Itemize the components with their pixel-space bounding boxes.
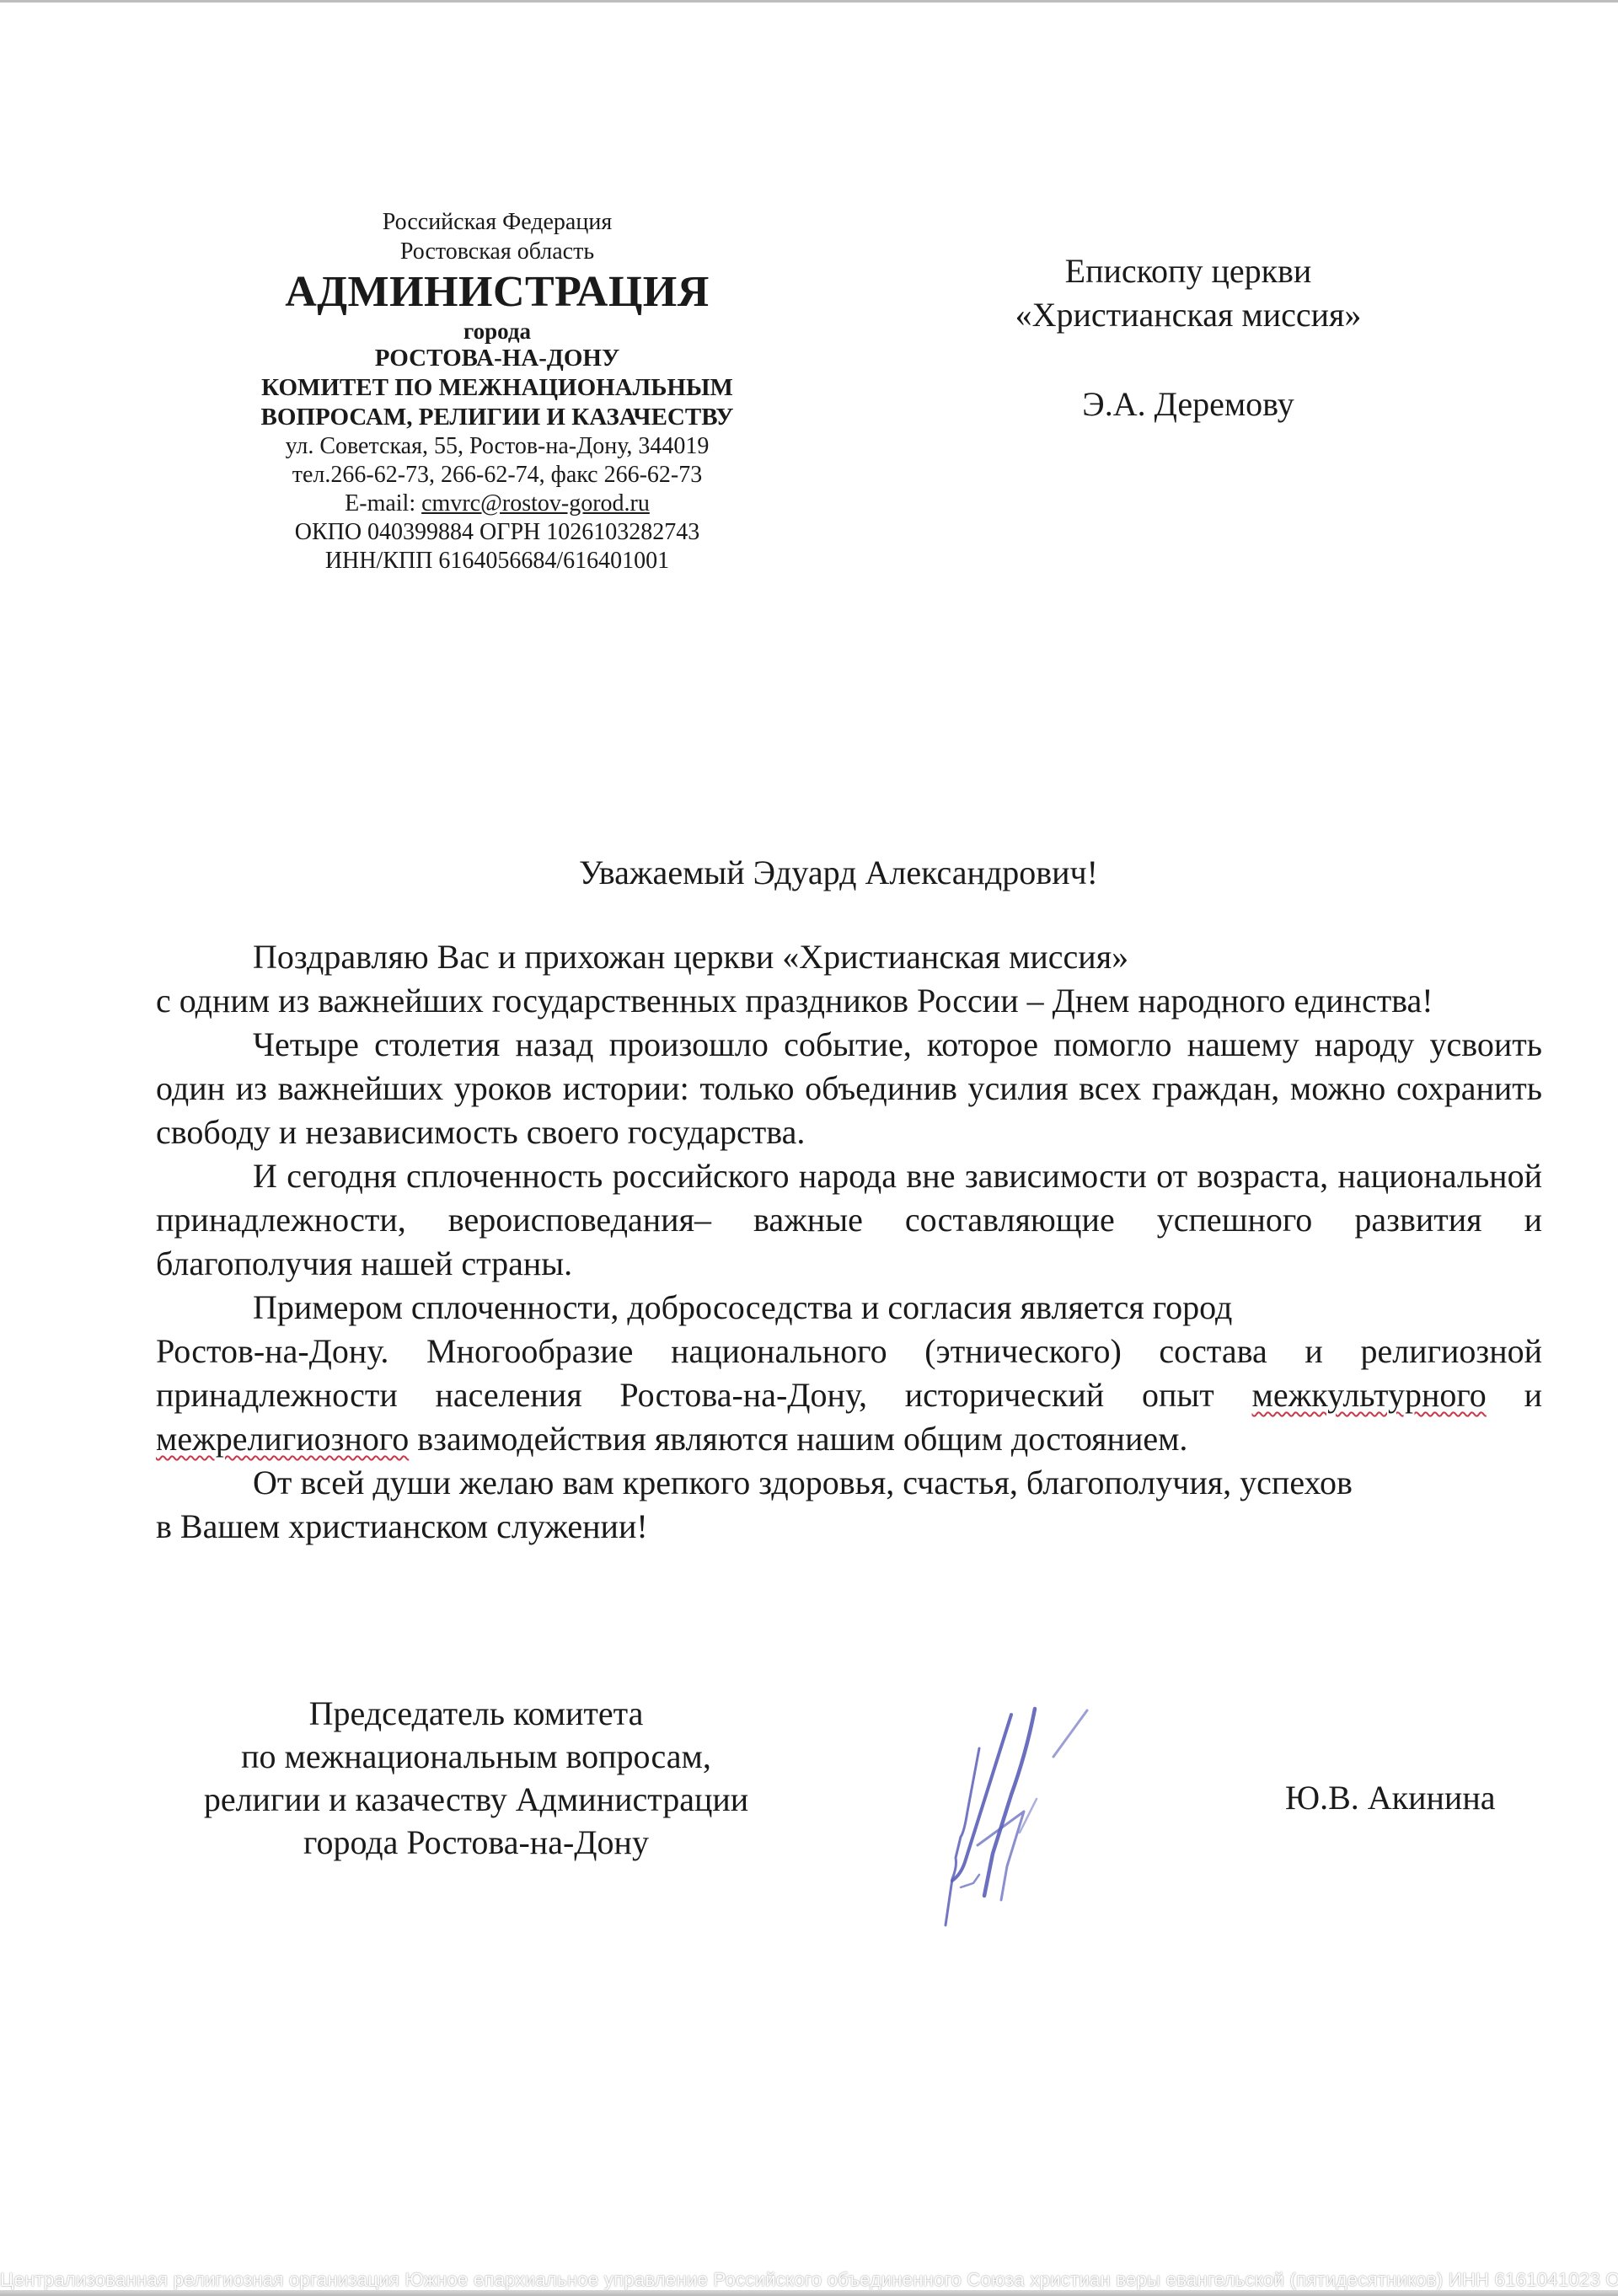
position-line3: религии и казачеству Администрации [152,1778,801,1821]
letterhead-city-word: города [236,318,758,344]
paragraph-4-rest: Ростов-на-Дону. Многообразие национально… [156,1330,1542,1461]
position-line4: города Ростова-на-Дону [152,1821,801,1864]
letterhead: Российская Федерация Ростовская область … [236,207,758,575]
paragraph-3: И сегодня сплоченность российского народ… [156,1154,1542,1286]
paragraph-4-text-b: и [1487,1376,1542,1414]
spellcheck-word-2: межрелигиозного [156,1420,409,1458]
salutation: Уважаемый Эдуард Александрович! [0,853,1618,892]
position-line1: Председатель комитета [152,1692,801,1735]
spellcheck-word-1: межкультурного [1252,1376,1487,1414]
paragraph-1-rest: с одним из важнейших государственных пра… [156,979,1542,1023]
paragraph-2: Четыре столетия назад произошло событие,… [156,1023,1542,1154]
paragraph-5-second-line: в Вашем христианском служении! [156,1505,1542,1549]
letterhead-email-row: E-mail: cmvrc@rostov-gorod.ru [236,490,758,518]
letterhead-title: АДМИНИСТРАЦИЯ [236,266,758,318]
letterhead-inn-kpp: ИНН/КПП 6164056684/616401001 [236,547,758,575]
email-link[interactable]: cmvrc@rostov-gorod.ru [421,490,650,516]
letterhead-okpo-ogrn: ОКПО 040399884 ОГРН 1026103282743 [236,518,758,547]
paragraph-4-text-c: взаимодействия являются нашим общим дост… [409,1420,1187,1458]
paragraph-5-first-line: От всей души желаю вам крепкого здоровья… [156,1461,1542,1505]
paragraph-1-first-line: Поздравляю Вас и прихожан церкви «Христи… [156,935,1542,979]
recipient-line1: Епископу церкви [952,249,1424,293]
letter-body: Поздравляю Вас и прихожан церкви «Христи… [156,935,1542,1549]
paragraph-4-first-line: Примером сплоченности, добрососедства и … [156,1286,1542,1330]
footer-watermark: Централизованная религиозная организация… [0,2269,1618,2291]
signer-position: Председатель комитета по межнациональным… [152,1692,801,1864]
letterhead-country: Российская Федерация [236,207,758,237]
recipient-line2: «Христианская миссия» [952,293,1424,337]
signer-name: Ю.В. Акинина [1285,1778,1496,1817]
recipient-block: Епископу церкви «Христианская миссия» Э.… [952,249,1424,426]
letterhead-committee-line1: КОМИТЕТ ПО МЕЖНАЦИОНАЛЬНЫМ [236,373,758,403]
email-label: E-mail: [345,490,421,516]
position-line2: по межнациональным вопросам, [152,1735,801,1778]
handwritten-signature-icon [927,1685,1163,1938]
recipient-name: Э.А. Деремову [952,383,1424,426]
page-top-edge [0,0,1618,3]
letterhead-committee-line2: ВОПРОСАМ, РЕЛИГИИ И КАЗАЧЕСТВУ [236,403,758,432]
letterhead-phones: тел.266-62-73, 266-62-74, факс 266-62-73 [236,461,758,490]
letterhead-address: ул. Советская, 55, Ростов-на-Дону, 34401… [236,432,758,461]
page-bottom-edge [0,2290,1618,2296]
letterhead-region: Ростовская область [236,237,758,266]
letterhead-city: РОСТОВА-НА-ДОНУ [236,344,758,373]
